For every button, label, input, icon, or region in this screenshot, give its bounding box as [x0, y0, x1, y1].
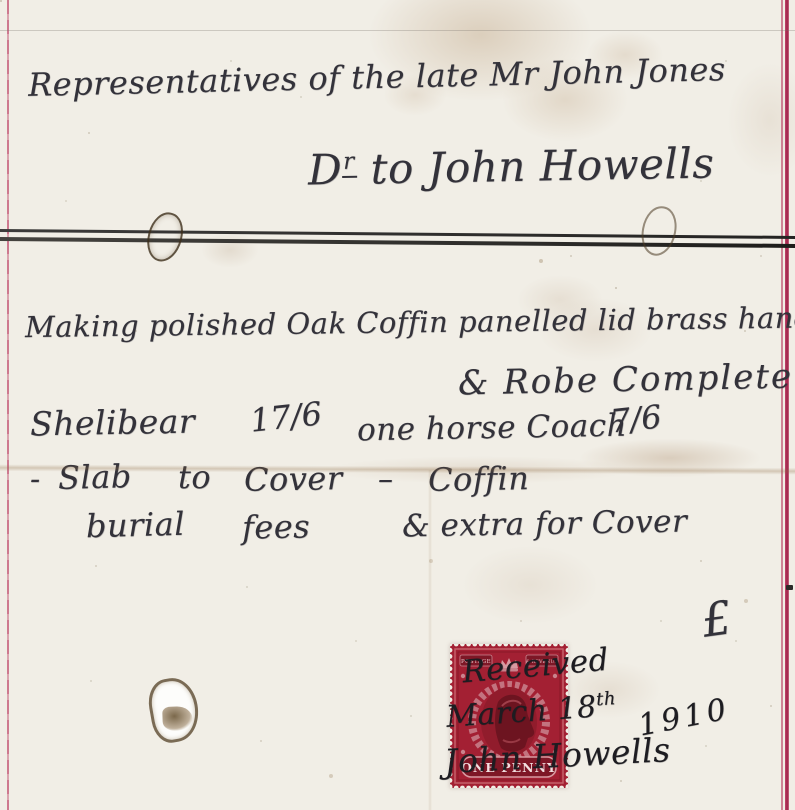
item-line-robe: & Robe Complete [458, 356, 794, 403]
vertical-fold-crease [428, 470, 432, 810]
word-coffin: Coffin [428, 459, 530, 499]
word-to: to [178, 458, 211, 496]
price-shelibear: 17/6 [248, 394, 323, 439]
word-fees: fees [242, 507, 311, 546]
extra-for-cover-text: & extra for Cover [402, 504, 688, 545]
received-date-suffix: th [595, 688, 616, 710]
pound-currency-symbol: £ [698, 590, 735, 648]
price-horse-coach: 7/6 [608, 397, 663, 440]
debit-abbreviation-superscript: r [342, 149, 357, 178]
debit-abbreviation: D [308, 145, 343, 195]
scanned-invoice-page: Representatives of the late Mr John Jone… [0, 0, 795, 810]
item-line-coffin: Making polished Oak Coffin panelled lid … [25, 300, 795, 344]
right-edge-ink-mark [786, 585, 793, 590]
foxing-speckles [0, 0, 2, 2]
addressee-line: Representatives of the late Mr John Jone… [28, 50, 726, 104]
debit-to-text: to John Howells [370, 138, 715, 193]
top-faint-ruling [0, 30, 795, 31]
right-margin-rule-thin [781, 0, 783, 810]
paper-damage-mark [145, 674, 203, 745]
item-shelibear: Shelibear [30, 402, 196, 444]
item-horse-coach: one horse Coach [357, 408, 628, 449]
debit-line: Dr to John Howells [308, 138, 715, 194]
word-slab: Slab [58, 457, 133, 497]
word-burial: burial [86, 505, 186, 546]
ink-loop-mark-right [638, 203, 680, 258]
left-margin-rule [7, 0, 9, 810]
ink-loop-mark-left [142, 209, 187, 266]
right-margin-rule-thick [785, 0, 789, 810]
